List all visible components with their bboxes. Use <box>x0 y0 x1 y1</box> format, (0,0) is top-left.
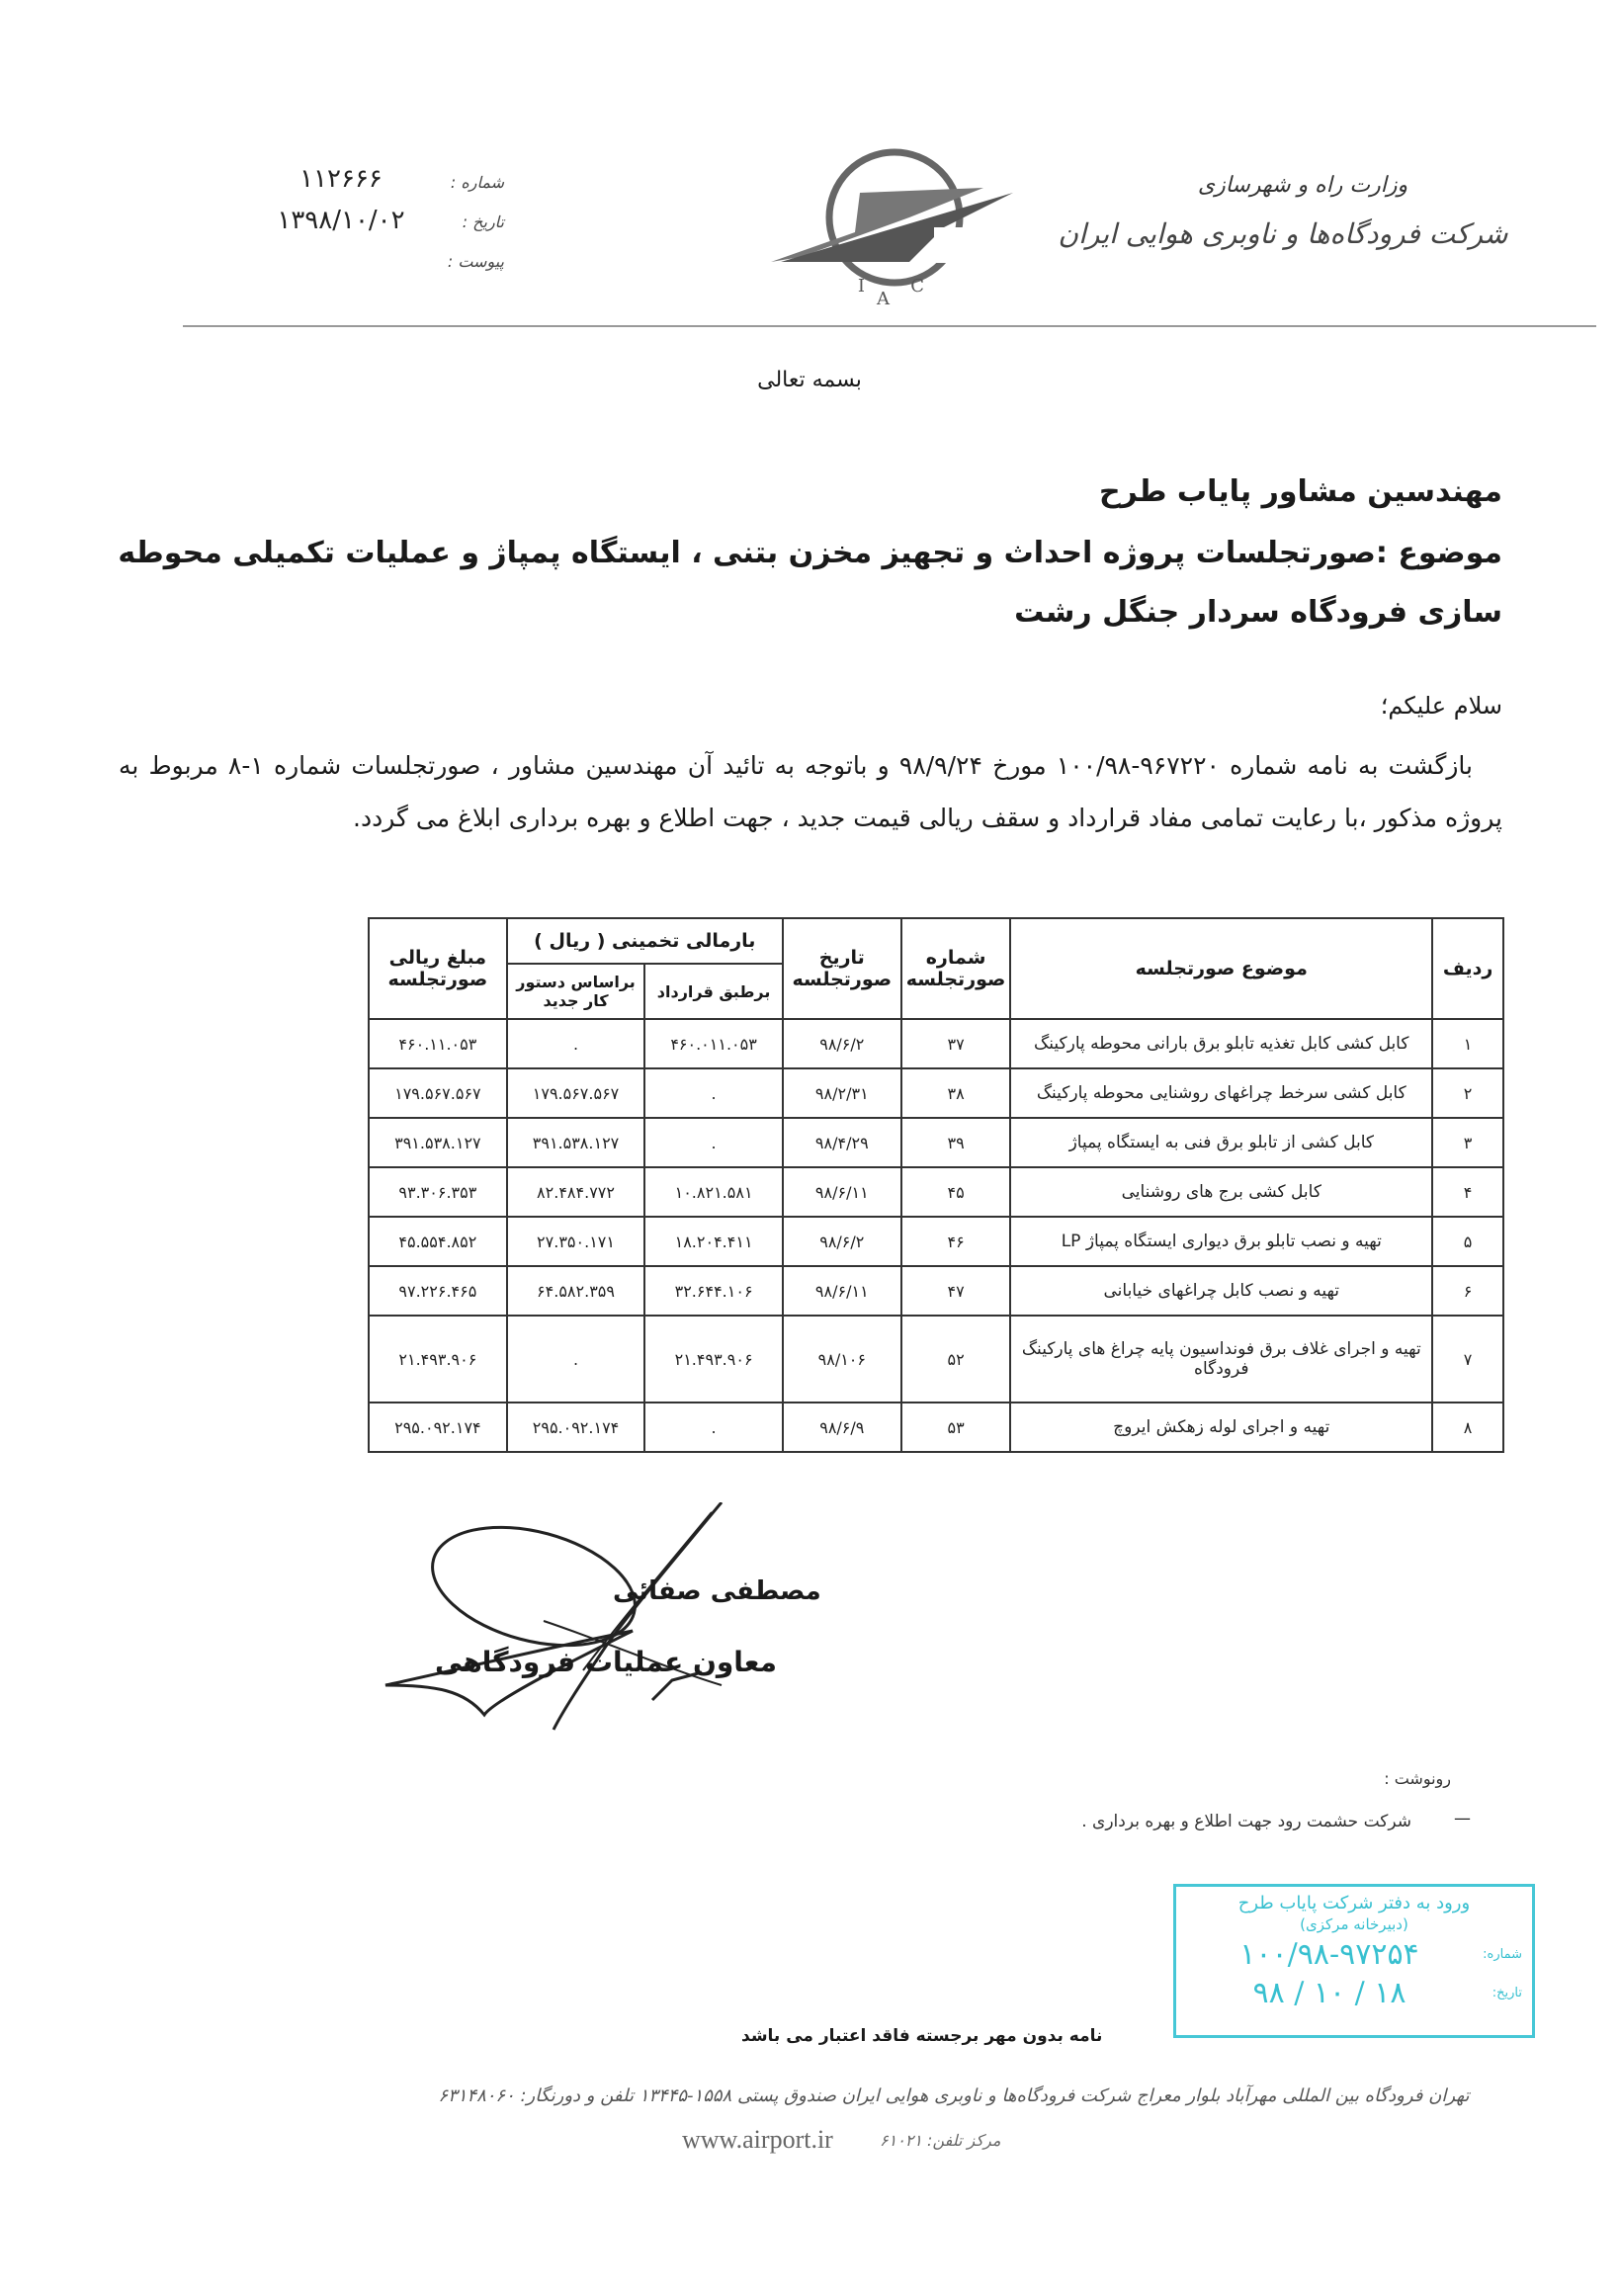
row-total-amount: ۳۹۱.۵۳۸.۱۲۷ <box>369 1118 507 1167</box>
row-subject: تهیه و اجرای غلاف برق فونداسیون پایه چرا… <box>1010 1316 1432 1403</box>
table-row: ۷ تهیه و اجرای غلاف برق فونداسیون پایه چ… <box>369 1316 1503 1403</box>
row-contract-amount: ۳۲.۶۴۴.۱۰۶ <box>644 1266 783 1316</box>
row-total-amount: ۹۳.۳۰۶.۳۵۳ <box>369 1167 507 1217</box>
row-number: ۶ <box>1432 1266 1503 1316</box>
row-total-amount: ۴۶۰.۱۱.۰۵۳ <box>369 1019 507 1068</box>
row-new-order-amount: . <box>507 1019 645 1068</box>
svg-text:I: I <box>858 276 865 297</box>
stamp-date-value: ۹۸ / ۱۰ / ۱۸ <box>1186 1976 1473 2010</box>
minutes-table: ردیف موضوع صورتجلسه شماره صورتجلسه تاریخ… <box>368 917 1504 1453</box>
row-subject: کابل کشی سرخط چراغهای روشنایی محوطه پارک… <box>1010 1068 1432 1118</box>
signatory-title: معاون عملیات فرودگاهی <box>435 1646 777 1678</box>
row-minutes-date: ۹۸/۲/۳۱ <box>783 1068 901 1118</box>
row-contract-amount: ۲۱.۴۹۳.۹۰۶ <box>644 1316 783 1403</box>
row-contract-amount: . <box>644 1118 783 1167</box>
letter-meta-values: ۱۱۲۶۶۶ ۱۳۹۸/۱۰/۰۲ <box>247 158 435 241</box>
row-minutes-date: ۹۸/۶/۹ <box>783 1403 901 1452</box>
signature-scribble-icon <box>376 1502 830 1740</box>
header-per-contract: برطبق قرارداد <box>644 964 783 1019</box>
row-subject: تهیه و نصب کابل چراغهای خیابانی <box>1010 1266 1432 1316</box>
stamp-date-label: تاریخ: <box>1473 1986 1522 2000</box>
signatory-name: مصطفی صفائی <box>613 1576 821 1606</box>
cc-bullet: — <box>1454 1809 1471 1828</box>
header-total: مبلغ ریالی صورتجلسه <box>369 918 507 1019</box>
row-number: ۴ <box>1432 1167 1503 1217</box>
row-minutes-date: ۹۸/۴/۲۹ <box>783 1118 901 1167</box>
row-contract-amount: . <box>644 1403 783 1452</box>
row-new-order-amount: . <box>507 1316 645 1403</box>
row-subject: کابل کشی از تابلو برق فنی به ایستگاه پمپ… <box>1010 1118 1432 1167</box>
attachment-label: پیوست : <box>425 242 504 282</box>
row-minutes-number: ۴۷ <box>901 1266 1011 1316</box>
letter-date: ۱۳۹۸/۱۰/۰۲ <box>247 200 435 241</box>
header-minutes-number: شماره صورتجلسه <box>901 918 1011 1019</box>
row-total-amount: ۲۹۵.۰۹۲.۱۷۴ <box>369 1403 507 1452</box>
row-new-order-amount: ۲۷.۳۵۰.۱۷۱ <box>507 1217 645 1266</box>
row-minutes-date: ۹۸/۶/۱۱ <box>783 1266 901 1316</box>
row-contract-amount: ۱۰.۸۲۱.۵۸۱ <box>644 1167 783 1217</box>
table-row: ۸ تهیه و اجرای لوله زهکش ایروچ ۵۳ ۹۸/۶/۹… <box>369 1403 1503 1452</box>
row-subject: تهیه و اجرای لوله زهکش ایروچ <box>1010 1403 1432 1452</box>
row-new-order-amount: ۳۹۱.۵۳۸.۱۲۷ <box>507 1118 645 1167</box>
row-number: ۱ <box>1432 1019 1503 1068</box>
row-minutes-number: ۵۲ <box>901 1316 1011 1403</box>
letter-meta-labels: شماره : تاریخ : پیوست : <box>425 163 504 282</box>
table-row: ۵ تهیه و نصب تابلو برق دیواری ایستگاه پم… <box>369 1217 1503 1266</box>
company-name: شرکت فرودگاه‌ها و ناوبری هوایی ایران <box>1056 217 1510 250</box>
row-minutes-number: ۴۵ <box>901 1167 1011 1217</box>
row-subject: تهیه و نصب تابلو برق دیواری ایستگاه پمپا… <box>1010 1217 1432 1266</box>
row-new-order-amount: ۱۷۹.۵۶۷.۵۶۷ <box>507 1068 645 1118</box>
table-row: ۴ کابل کشی برج های روشنایی ۴۵ ۹۸/۶/۱۱ ۱۰… <box>369 1167 1503 1217</box>
header-per-new-order: براساس دستور کار جدید <box>507 964 645 1019</box>
row-minutes-number: ۳۹ <box>901 1118 1011 1167</box>
table-row: ۳ کابل کشی از تابلو برق فنی به ایستگاه پ… <box>369 1118 1503 1167</box>
row-total-amount: ۹۷.۲۲۶.۴۶۵ <box>369 1266 507 1316</box>
row-minutes-number: ۳۸ <box>901 1068 1011 1118</box>
row-number: ۷ <box>1432 1316 1503 1403</box>
table-row: ۲ کابل کشی سرخط چراغهای روشنایی محوطه پا… <box>369 1068 1503 1118</box>
subject-line: موضوع :صورتجلسات پروژه احداث و تجهیز مخز… <box>99 524 1502 642</box>
header-divider <box>183 325 1596 327</box>
cc-label: رونوشت : <box>1384 1769 1451 1788</box>
stamp-subtitle: (دبیرخانه مرکزی) <box>1176 1915 1532 1933</box>
row-new-order-amount: ۲۹۵.۰۹۲.۱۷۴ <box>507 1403 645 1452</box>
row-number: ۵ <box>1432 1217 1503 1266</box>
row-number: ۳ <box>1432 1118 1503 1167</box>
stamp-date-row: تاریخ: ۹۸ / ۱۰ / ۱۸ <box>1176 1976 1532 2010</box>
stamp-title: ورود به دفتر شرکت پایاب طرح <box>1176 1893 1532 1913</box>
row-total-amount: ۴۵.۵۵۴.۸۵۲ <box>369 1217 507 1266</box>
greeting: سلام علیکم؛ <box>1381 692 1502 720</box>
header-subject: موضوع صورتجلسه <box>1010 918 1432 1019</box>
row-contract-amount: ۱۸.۲۰۴.۴۱۱ <box>644 1217 783 1266</box>
validity-note: نامه بدون مهر برجسته فاقد اعتبار می باشد <box>741 2026 1102 2046</box>
row-number: ۸ <box>1432 1403 1503 1452</box>
date-label: تاریخ : <box>425 203 504 242</box>
row-minutes-date: ۹۸/۱۰۶ <box>783 1316 901 1403</box>
number-label: شماره : <box>425 163 504 203</box>
row-minutes-date: ۹۸/۶/۲ <box>783 1217 901 1266</box>
stamp-number-value: ۱۰۰/۹۸-۹۷۲۵۴ <box>1186 1937 1473 1972</box>
iac-logo: I A C <box>761 138 1028 306</box>
airport-logo-icon: I A C <box>761 138 1028 306</box>
row-number: ۲ <box>1432 1068 1503 1118</box>
row-contract-amount: ۴۶۰.۰۱۱.۰۵۳ <box>644 1019 783 1068</box>
cc-recipient: شرکت حشمت رود جهت اطلاع و بهره برداری . <box>1081 1812 1411 1831</box>
recipient: مهندسین مشاور پایاب طرح <box>1099 474 1502 509</box>
header-minutes-date: تاریخ صورتجلسه <box>783 918 901 1019</box>
footer-phone: مرکز تلفن: ۶۱۰۲۱ <box>880 2131 1000 2150</box>
svg-text:A: A <box>876 289 891 306</box>
ministry-name: وزارت راه و شهرسازی <box>1095 173 1510 198</box>
row-total-amount: ۱۷۹.۵۶۷.۵۶۷ <box>369 1068 507 1118</box>
table-row: ۱ کابل کشی کابل تغذیه تابلو برق بارانی م… <box>369 1019 1503 1068</box>
row-minutes-number: ۳۷ <box>901 1019 1011 1068</box>
footer-website-link[interactable]: www.airport.ir <box>682 2125 833 2155</box>
row-minutes-date: ۹۸/۶/۲ <box>783 1019 901 1068</box>
row-minutes-number: ۵۳ <box>901 1403 1011 1452</box>
row-contract-amount: . <box>644 1068 783 1118</box>
letter-body-text: بازگشت به نامه شماره ۹۶۷۲۲۰-۱۰۰/۹۸ مورخ … <box>119 751 1502 832</box>
bismillah: بسمه تعالی <box>0 368 1619 392</box>
stamp-number-label: شماره: <box>1473 1947 1522 1962</box>
footer-address: تهران فرودگاه بین المللی مهرآباد بلوار م… <box>356 2085 1552 2106</box>
row-subject: کابل کشی برج های روشنایی <box>1010 1167 1432 1217</box>
header-financial-group: بارمالی تخمینی ( ریال ) <box>507 918 783 964</box>
row-subject: کابل کشی کابل تغذیه تابلو برق بارانی محو… <box>1010 1019 1432 1068</box>
row-new-order-amount: ۶۴.۵۸۲.۳۵۹ <box>507 1266 645 1316</box>
row-minutes-date: ۹۸/۶/۱۱ <box>783 1167 901 1217</box>
received-stamp: ورود به دفتر شرکت پایاب طرح (دبیرخانه مر… <box>1173 1884 1535 2038</box>
row-new-order-amount: ۸۲.۴۸۴.۷۷۲ <box>507 1167 645 1217</box>
stamp-number-row: شماره: ۱۰۰/۹۸-۹۷۲۵۴ <box>1176 1937 1532 1972</box>
header-row-number: ردیف <box>1432 918 1503 1019</box>
row-total-amount: ۲۱.۴۹۳.۹۰۶ <box>369 1316 507 1403</box>
letter-number: ۱۱۲۶۶۶ <box>247 158 435 200</box>
svg-text:C: C <box>910 276 924 297</box>
table-row: ۶ تهیه و نصب کابل چراغهای خیابانی ۴۷ ۹۸/… <box>369 1266 1503 1316</box>
row-minutes-number: ۴۶ <box>901 1217 1011 1266</box>
letter-body: بازگشت به نامه شماره ۹۶۷۲۲۰-۱۰۰/۹۸ مورخ … <box>119 739 1502 844</box>
